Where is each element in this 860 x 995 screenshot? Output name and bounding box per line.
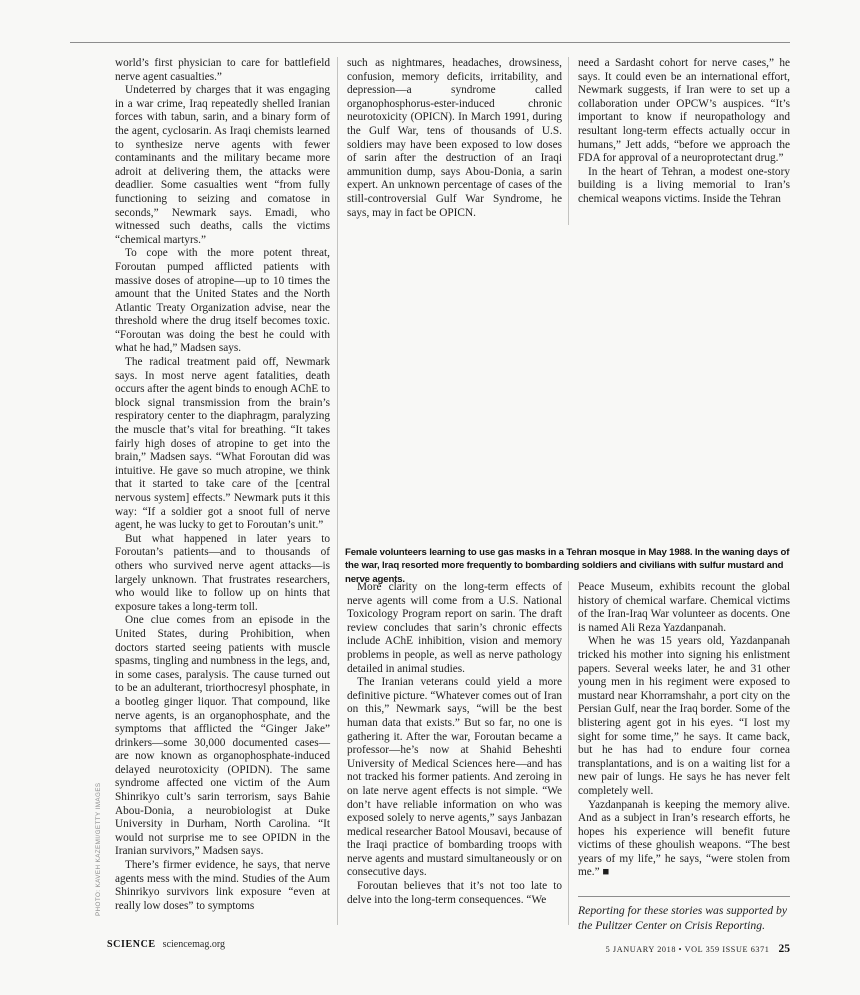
text-column-middle-top: such as nightmares, headaches, drowsines… [347,57,562,220]
paragraph: Foroutan believes that it’s not too late… [347,880,562,907]
column-divider-right-lower [568,581,569,925]
top-rule [70,42,790,43]
paragraph: world’s first physician to care for batt… [115,57,330,84]
end-note: Reporting for these stories was supporte… [578,903,790,933]
end-note-rule [578,896,790,897]
footer-site-url: sciencemag.org [163,939,225,950]
photo-credit: PHOTO: KAVEH KAZEMI/GETTY IMAGES [95,782,102,916]
paragraph: need a Sardasht cohort for nerve cases,”… [578,57,790,166]
paragraph: To cope with the more potent threat, For… [115,247,330,356]
text-column-left: world’s first physician to care for batt… [115,57,330,913]
paragraph: Yazdanpanah is keeping the memory alive.… [578,799,790,881]
footer-brand: SCIENCE [107,939,156,950]
paragraph: such as nightmares, headaches, drowsines… [347,57,562,220]
photo-placeholder [345,228,790,540]
footer-issue-info: 5 JANUARY 2018 • VOL 359 ISSUE 6371 [606,945,770,954]
paragraph: More clarity on the long-term effects of… [347,581,562,676]
footer-right: 5 JANUARY 2018 • VOL 359 ISSUE 637125 [606,939,790,957]
paragraph: One clue comes from an episode in the Un… [115,614,330,859]
text-column-right-bottom: Peace Museum, exhibits recount the globa… [578,581,790,880]
paragraph: In the heart of Tehran, a modest one-sto… [578,166,790,207]
column-divider-right-upper [568,57,569,225]
paragraph: When he was 15 years old, Yazdanpanah tr… [578,635,790,798]
paragraph: But what happened in later years to Foro… [115,533,330,615]
column-divider-left [337,57,338,925]
magazine-page: world’s first physician to care for batt… [0,0,860,995]
paragraph: The Iranian veterans could yield a more … [347,676,562,880]
paragraph: There’s firmer evidence, he says, that n… [115,859,330,913]
paragraph: Undeterred by charges that it was engagi… [115,84,330,247]
text-column-middle-bottom: More clarity on the long-term effects of… [347,581,562,907]
footer-left: SCIENCEsciencemag.org [107,939,225,950]
text-column-right-top: need a Sardasht cohort for nerve cases,”… [578,57,790,207]
paragraph: The radical treatment paid off, Newmark … [115,356,330,533]
footer-page-number: 25 [779,943,791,955]
paragraph: Peace Museum, exhibits recount the globa… [578,581,790,635]
